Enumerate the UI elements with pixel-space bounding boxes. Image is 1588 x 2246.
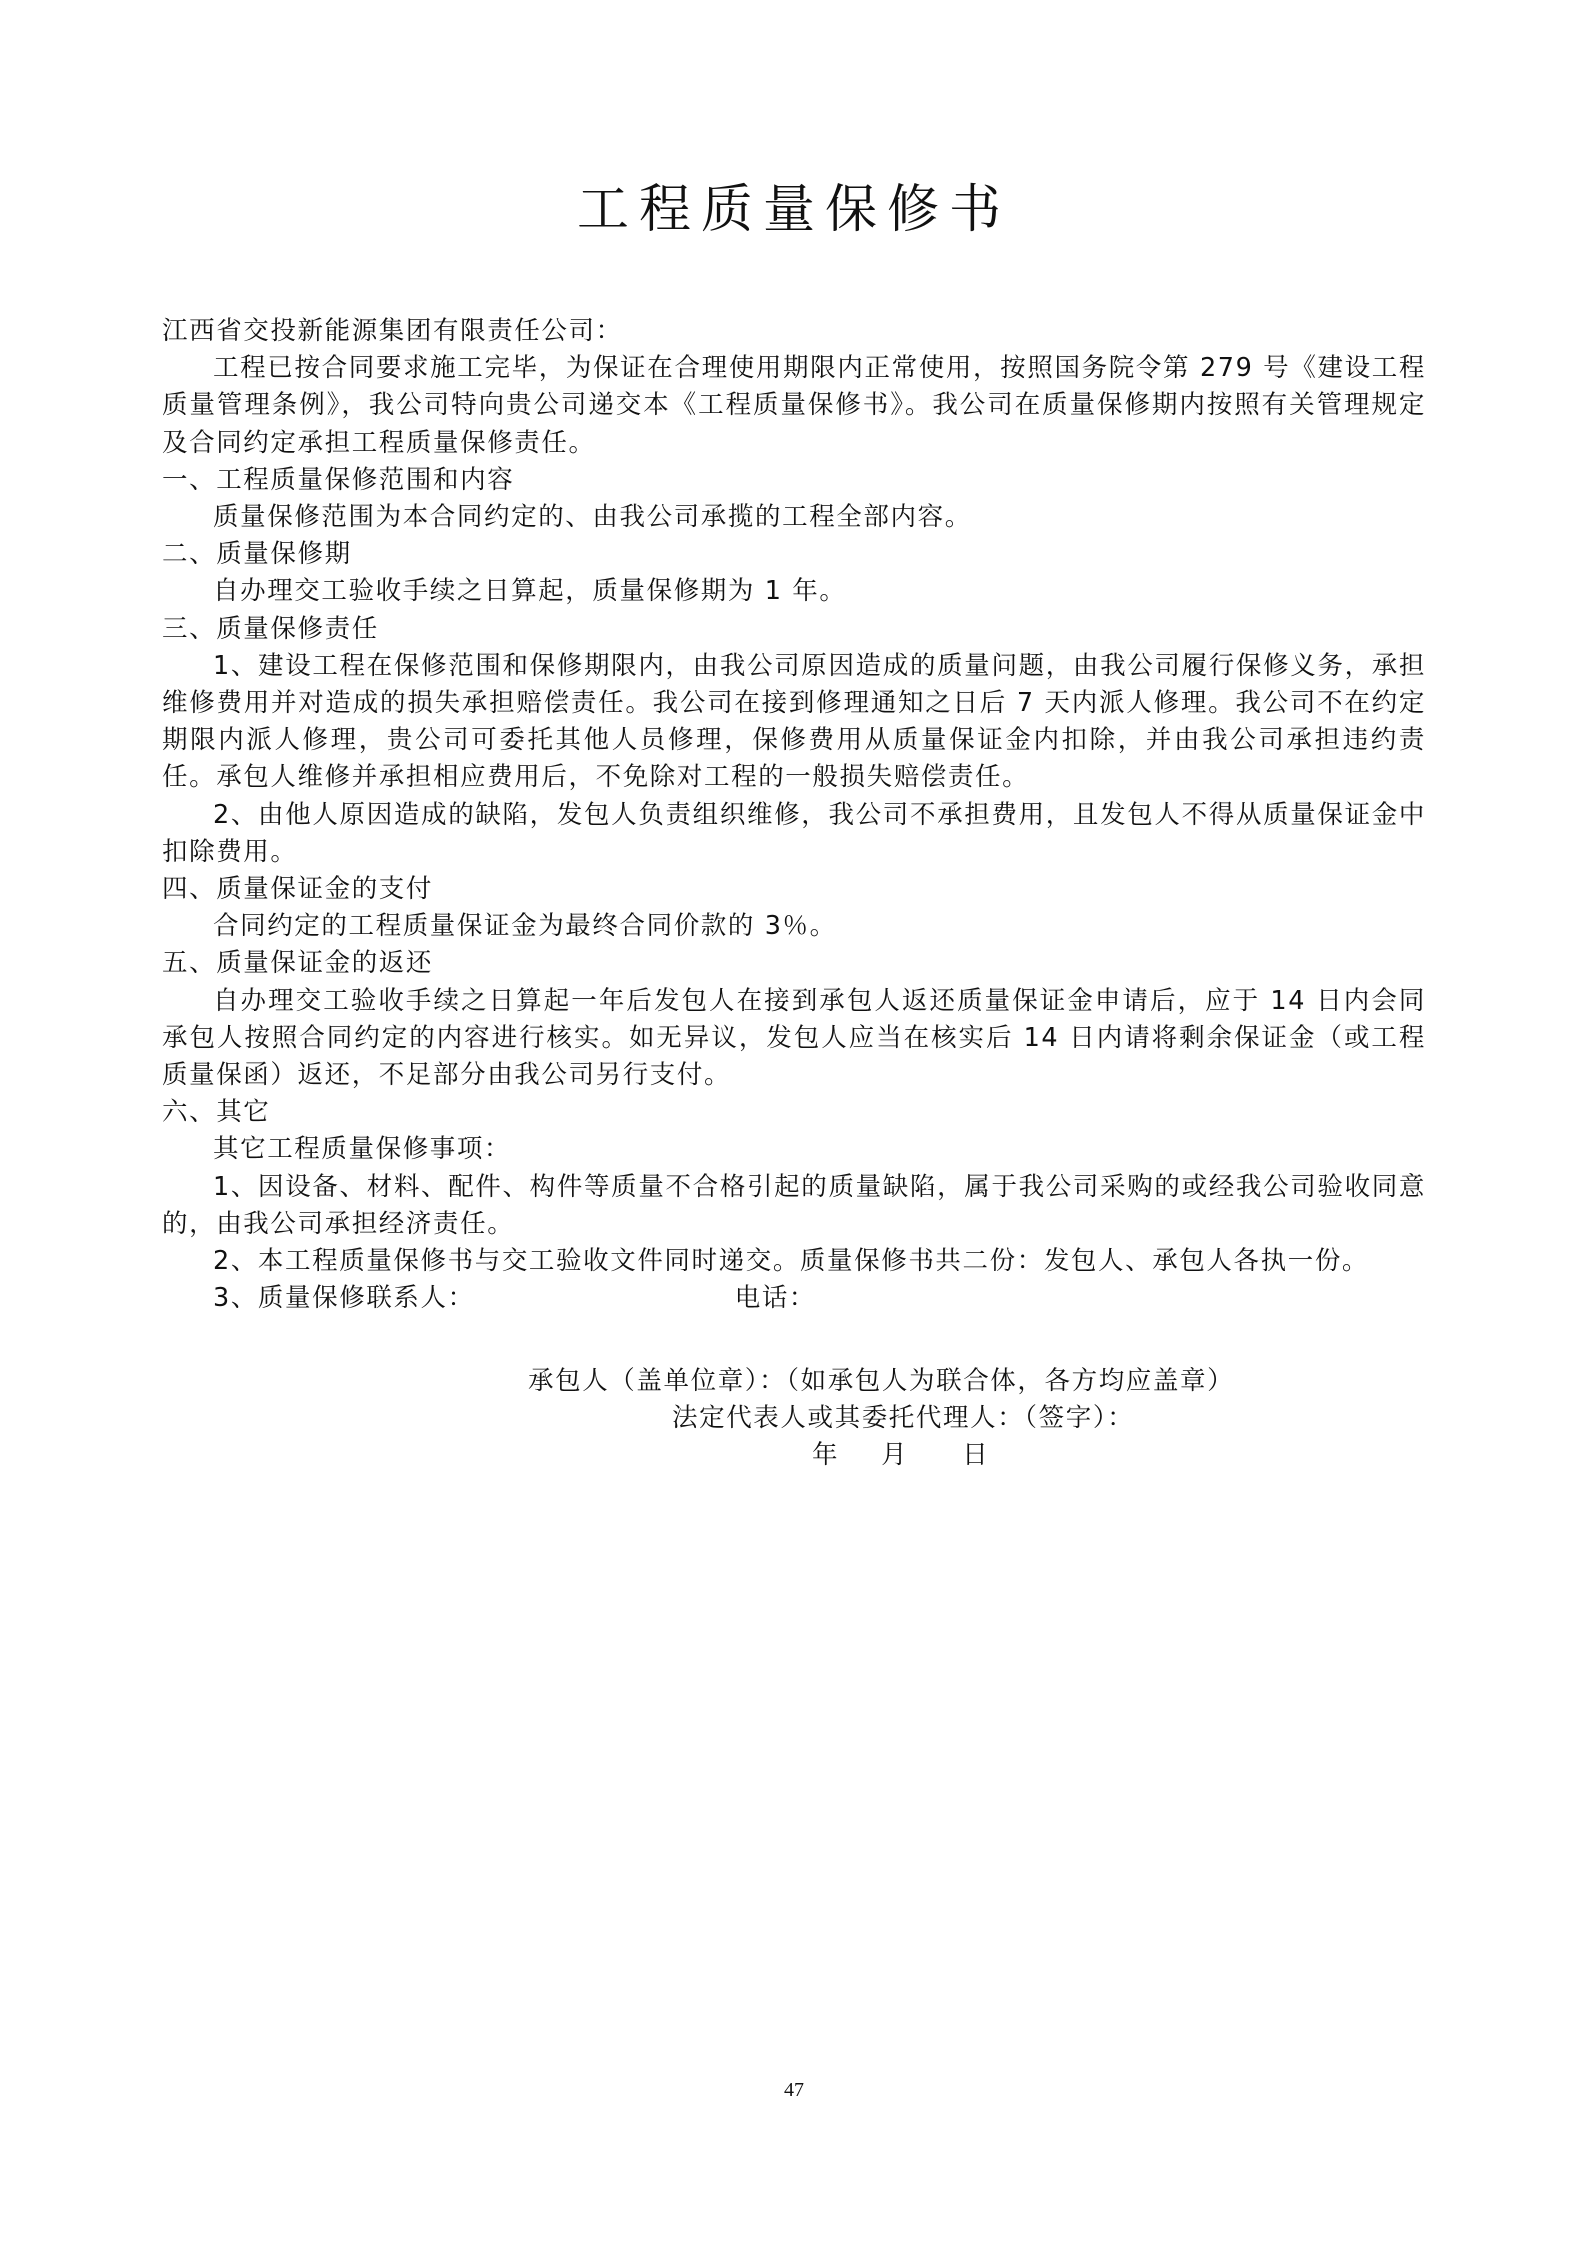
section-paragraph: 自办理交工验收手续之日算起，质量保修期为 1 年。 — [162, 573, 1426, 610]
section-heading-responsibility: 三、质量保修责任 — [162, 611, 1426, 648]
section-paragraph: 2、本工程质量保修书与交工验收文件同时递交。质量保修书共二份：发包人、承包人各执… — [162, 1243, 1426, 1280]
section-heading-deposit-payment: 四、质量保证金的支付 — [162, 871, 1426, 908]
addressee: 江西省交投新能源集团有限责任公司： — [162, 313, 1426, 350]
section-heading-period: 二、质量保修期 — [162, 536, 1426, 573]
page-number: 47 — [0, 2076, 1588, 2104]
section-paragraph: 质量保修范围为本合同约定的、由我公司承揽的工程全部内容。 — [162, 499, 1426, 536]
signature-block: 承包人（盖单位章）：（如承包人为联合体，各方均应盖章） 法定代表人或其委托代理人… — [0, 1363, 1588, 1475]
contact-line: 3、质量保修联系人：电话： — [162, 1280, 1426, 1317]
contractor-seal-line: 承包人（盖单位章）：（如承包人为联合体，各方均应盖章） — [0, 1363, 1588, 1400]
date-year: 年 — [812, 1437, 839, 1474]
document-body: 江西省交投新能源集团有限责任公司： 工程已按合同要求施工完毕，为保证在合理使用期… — [162, 313, 1426, 1317]
section-heading-other: 六、其它 — [162, 1094, 1426, 1131]
section-heading-deposit-return: 五、质量保证金的返还 — [162, 945, 1426, 982]
intro-paragraph: 工程已按合同要求施工完毕，为保证在合理使用期限内正常使用，按照国务院令第 279… — [162, 350, 1426, 462]
section-paragraph: 合同约定的工程质量保证金为最终合同价款的 3％。 — [162, 908, 1426, 945]
section-heading-scope: 一、工程质量保修范围和内容 — [162, 462, 1426, 499]
document-title: 工程质量保修书 — [0, 170, 1588, 250]
contact-phone-label: 电话： — [735, 1283, 816, 1313]
section-paragraph: 自办理交工验收手续之日算起一年后发包人在接到承包人返还质量保证金申请后，应于 1… — [162, 983, 1426, 1095]
section-paragraph: 其它工程质量保修事项： — [162, 1131, 1426, 1168]
document-page: 工程质量保修书 江西省交投新能源集团有限责任公司： 工程已按合同要求施工完毕，为… — [0, 0, 1588, 2246]
contact-person-label: 3、质量保修联系人： — [213, 1283, 475, 1313]
section-paragraph: 2、由他人原因造成的缺陷，发包人负责组织维修，我公司不承担费用，且发包人不得从质… — [162, 797, 1426, 871]
section-paragraph: 1、因设备、材料、配件、构件等质量不合格引起的质量缺陷，属于我公司采购的或经我公… — [162, 1169, 1426, 1243]
representative-sign-line: 法定代表人或其委托代理人：（签字）： — [0, 1400, 1588, 1437]
date-day: 日 — [962, 1437, 989, 1474]
section-paragraph: 1、建设工程在保修范围和保修期限内，由我公司原因造成的质量问题，由我公司履行保修… — [162, 648, 1426, 797]
date-month: 月 — [881, 1437, 908, 1474]
date-line: 年月日 — [0, 1437, 1588, 1474]
